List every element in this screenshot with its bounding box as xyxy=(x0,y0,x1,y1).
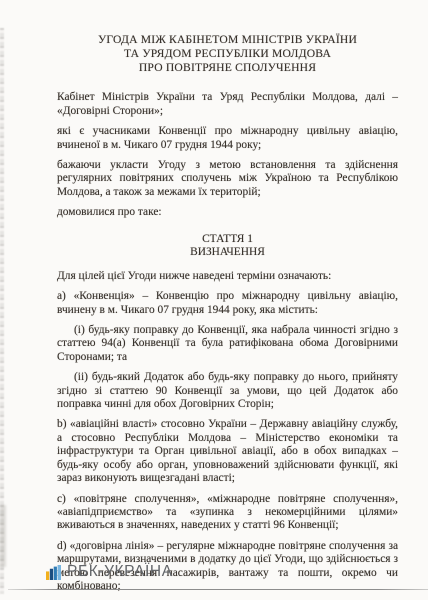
definition-item-c: c) «повітряне сполучення», «міжнародне п… xyxy=(57,493,398,533)
document-text-block: УГОДА МІЖ КАБІНЕТОМ МІНІСТРІВ УКРАЇНИ ТА… xyxy=(57,33,398,600)
scanned-document-page: УГОДА МІЖ КАБІНЕТОМ МІНІСТРІВ УКРАЇНИ ТА… xyxy=(0,0,428,600)
scan-smudge-artifact xyxy=(0,505,6,567)
document-title: УГОДА МІЖ КАБІНЕТОМ МІНІСТРІВ УКРАЇНИ ТА… xyxy=(57,33,398,74)
rbc-ukraine-watermark: РБК-УКРАЇНА xyxy=(46,563,173,581)
definition-item-b: b) «авіаційні власті» стосовно України –… xyxy=(57,418,398,485)
preamble-paragraph-purpose: бажаючи укласти Угоду з метою встановлен… xyxy=(57,159,398,199)
preamble-paragraph-parties: Кабінет Міністрів України та Уряд Респуб… xyxy=(57,91,398,118)
document-title-line-3: ПРО ПОВІТРЯНЕ СПОЛУЧЕННЯ xyxy=(57,61,398,75)
article-number: СТАТТЯ 1 xyxy=(57,233,398,247)
rbc-ukraine-label: РБК-УКРАЇНА xyxy=(67,563,173,581)
article-intro: Для цілей цієї Угоди нижче наведені терм… xyxy=(57,270,398,283)
article-heading: СТАТТЯ 1 ВИЗНАЧЕННЯ xyxy=(57,233,398,260)
definition-item-a: а) «Конвенція» – Конвенцію про міжнародн… xyxy=(57,290,398,317)
scan-bottom-line-artifact xyxy=(8,589,428,590)
preamble-paragraph-agreed: домовилися про таке: xyxy=(57,206,398,219)
article-title: ВИЗНАЧЕННЯ xyxy=(57,246,398,260)
document-title-line-1: УГОДА МІЖ КАБІНЕТОМ МІНІСТРІВ УКРАЇНИ xyxy=(57,33,398,47)
definition-item-a-ii: (іі) будь-який Додаток або будь-яку попр… xyxy=(57,371,398,411)
definition-item-a-i: (і) будь-яку поправку до Конвенції, яка … xyxy=(57,324,398,364)
preamble-paragraph-convention: які є учасниками Конвенції про міжнародн… xyxy=(57,125,398,152)
rbc-logo-icon xyxy=(46,565,61,580)
document-title-line-2: ТА УРЯДОМ РЕСПУБЛІКИ МОЛДОВА xyxy=(57,47,398,61)
